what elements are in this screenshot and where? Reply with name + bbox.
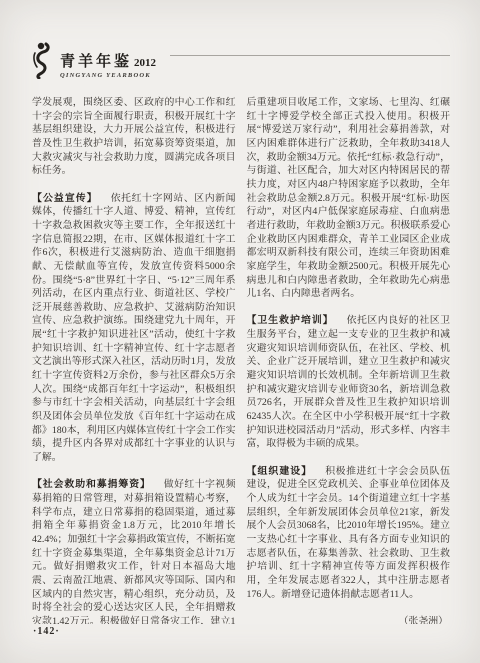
section-title: 【社会救助和募捐筹资】	[32, 479, 151, 490]
section-title: 【卫生救护培训】	[247, 315, 334, 326]
paragraph-text: 学发展观，围绕区委、区政府的中心工作和红十字会的宗旨全面履行职责，积极开展红十字…	[32, 97, 236, 176]
section-title: 【组织建设】	[247, 466, 313, 477]
left-column: 学发展观，围绕区委、区政府的中心工作和红十字会的宗旨全面履行职责，积极开展红十字…	[32, 96, 236, 624]
logo-subtitle: QINGYANG YEARBOOK	[60, 73, 156, 80]
logo-year: 2012	[134, 57, 156, 69]
section-public-welfare: 【公益宣传】依托红十字网站、区内新闻媒体，传播红十字人道、博爱、精神，宣传红十字…	[32, 192, 236, 465]
section-social-aid-fundraising: 【社会救助和募捐筹资】做好红十字视频募捐箱的日常管理，对募捐箱设置精心考察，科学…	[32, 478, 236, 624]
ram-logo-icon	[32, 41, 56, 79]
yearbook-logo: 青羊年鉴2012 QINGYANG YEARBOOK	[32, 41, 156, 79]
page-number: ·142·	[33, 626, 60, 637]
section-health-rescue-training: 【卫生救护培训】依托区内良好的社区卫生服务平台，建立起一支专业的卫生救护和减灾避…	[247, 314, 451, 451]
section-organization-building: 【组织建设】积极推进红十字会会员队伍建设，促进全区党政机关、企事业单位团体及个人…	[247, 465, 451, 602]
section-body: 积极推进红十字会会员队伍建设，促进全区党政机关、企事业单位团体及个人成为红十字会…	[247, 466, 451, 600]
continuation-paragraph: 后重建项目收尾工作，文家场、七里沟、红碾红十字博爱学校全部正式投入使用。积极开展…	[247, 96, 451, 301]
yearbook-page: 青羊年鉴2012 QINGYANG YEARBOOK 学发展观，围绕区委、区政府…	[0, 0, 480, 663]
right-column: 后重建项目收尾工作，文家场、七里沟、红碾红十字博爱学校全部正式投入使用。积极开展…	[247, 96, 451, 624]
section-body: 依托区内良好的社区卫生服务平台，建立起一支专业的卫生救护和减灾避灾知识培训师资队…	[247, 315, 451, 449]
page-header: 青羊年鉴2012 QINGYANG YEARBOOK	[0, 0, 480, 84]
paragraph-text: 后重建项目收尾工作，文家场、七里沟、红碾红十字博爱学校全部正式投入使用。积极开展…	[247, 97, 451, 299]
section-body: 做好红十字视频募捐箱的日常管理，对募捐箱设置精心考察，科学布点，建立日常募捐的稳…	[32, 479, 236, 624]
author-attribution: （张尧洲）	[247, 615, 451, 624]
page-body: 学发展观，围绕区委、区政府的中心工作和红十字会的宗旨全面履行职责，积极开展红十字…	[0, 84, 480, 624]
section-title: 【公益宣传】	[32, 193, 98, 204]
section-body: 依托红十字网站、区内新闻媒体，传播红十字人道、博爱、精神，宣传红十字救急救困救灾…	[32, 193, 236, 463]
continuation-paragraph: 学发展观，围绕区委、区政府的中心工作和红十字会的宗旨全面履行职责，积极开展红十字…	[32, 96, 236, 178]
logo-title: 青羊年鉴	[60, 54, 132, 70]
header-divider	[170, 55, 450, 56]
logo-text-block: 青羊年鉴2012 QINGYANG YEARBOOK	[60, 54, 156, 80]
